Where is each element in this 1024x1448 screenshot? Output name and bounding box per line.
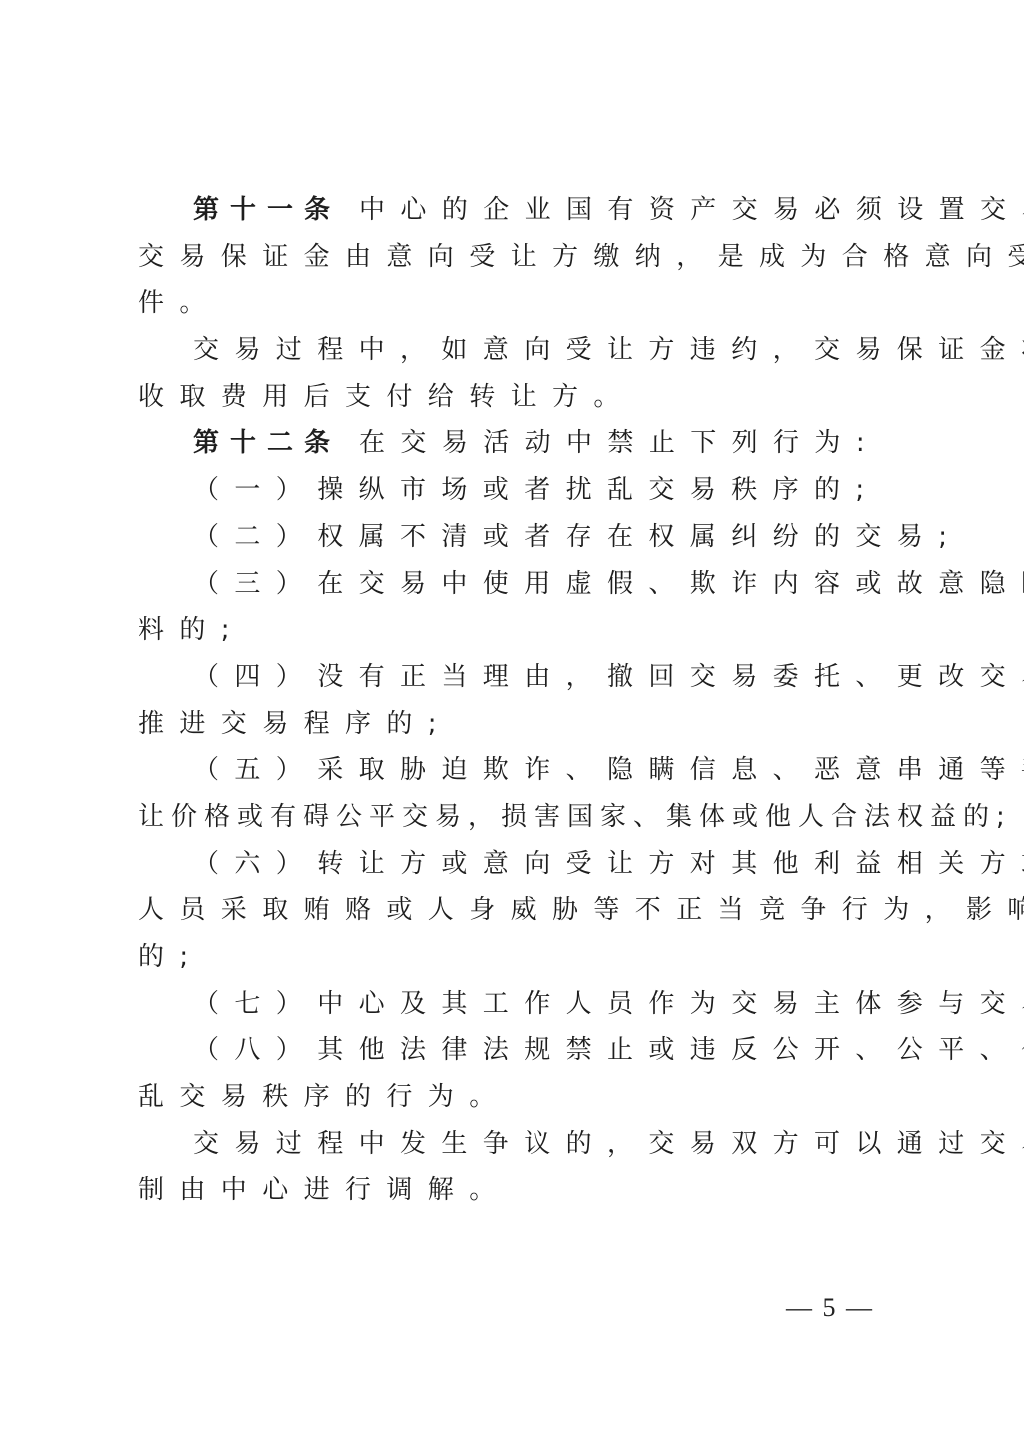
list-item-label: （三） bbox=[193, 569, 317, 599]
list-item-text: 权属不清或者存在权属纠纷的交易; bbox=[317, 522, 962, 552]
article-11-heading: 第十一条 bbox=[193, 195, 341, 225]
page-number: — 5 — bbox=[770, 1293, 890, 1323]
article-11-line-2: 交易保证金由意向受让方缴纳，是成为合格意向受让方的必要条 bbox=[138, 234, 898, 281]
list-item-4: （四）没有正当理由，撤回交易委托、更改交易条件或拒不 bbox=[138, 654, 898, 701]
list-item-6: （六）转让方或意向受让方对其他利益相关方或中心工作 bbox=[138, 841, 898, 888]
list-item-text: 操纵市场或者扰乱交易秩序的; bbox=[317, 475, 879, 505]
breach-paragraph-line-2: 收取费用后支付给转让方。 bbox=[138, 374, 898, 421]
list-item-label: （二） bbox=[193, 522, 317, 552]
list-item-label: （四） bbox=[193, 662, 317, 692]
article-12-intro: 在交易活动中禁止下列行为: bbox=[359, 428, 880, 458]
list-item-8-continued: 乱交易秩序的行为。 bbox=[138, 1074, 898, 1121]
list-item-2: （二）权属不清或者存在权属纠纷的交易; bbox=[138, 514, 898, 561]
article-11-line-1: 第十一条中心的企业国有资产交易必须设置交易保证金。 bbox=[138, 187, 898, 234]
list-item-3: （三）在交易中使用虚假、欺诈内容或故意隐瞒重要信息资 bbox=[138, 561, 898, 608]
list-item-4-continued: 推进交易程序的; bbox=[138, 701, 898, 748]
list-item-8: （八）其他法律法规禁止或违反公开、公平、公正原则和扰 bbox=[138, 1027, 898, 1074]
list-item-5-continued: 让价格或有碍公平交易，损害国家、集体或他人合法权益的; bbox=[138, 794, 898, 841]
list-item-5: （五）采取胁迫欺诈、隐瞒信息、恶意串通等手段，压低转 bbox=[138, 747, 898, 794]
list-item-label: （八） bbox=[193, 1035, 317, 1065]
list-item-label: （七） bbox=[193, 989, 317, 1019]
closing-paragraph-line-2: 制由中心进行调解。 bbox=[138, 1167, 898, 1214]
list-item-text: 转让方或意向受让方对其他利益相关方或中心工作 bbox=[317, 849, 1024, 879]
list-item-1: （一）操纵市场或者扰乱交易秩序的; bbox=[138, 467, 898, 514]
list-item-7: （七）中心及其工作人员作为交易主体参与交易活动的; bbox=[138, 981, 898, 1028]
list-item-text: 其他法律法规禁止或违反公开、公平、公正原则和扰 bbox=[317, 1035, 1024, 1065]
list-item-text: 中心及其工作人员作为交易主体参与交易活动的; bbox=[317, 989, 1024, 1019]
list-item-6-continued-2: 的; bbox=[138, 934, 898, 981]
list-item-label: （五） bbox=[193, 755, 317, 785]
list-item-text: 采取胁迫欺诈、隐瞒信息、恶意串通等手段，压低转 bbox=[317, 755, 1024, 785]
article-12-line-1: 第十二条在交易活动中禁止下列行为: bbox=[138, 420, 898, 467]
document-page: 第十一条中心的企业国有资产交易必须设置交易保证金。 交易保证金由意向受让方缴纳，… bbox=[0, 0, 1024, 1448]
article-11-text: 中心的企业国有资产交易必须设置交易保证金。 bbox=[359, 195, 1024, 225]
document-body: 第十一条中心的企业国有资产交易必须设置交易保证金。 交易保证金由意向受让方缴纳，… bbox=[138, 187, 898, 1214]
list-item-label: （一） bbox=[193, 475, 317, 505]
list-item-text: 没有正当理由，撤回交易委托、更改交易条件或拒不 bbox=[317, 662, 1024, 692]
article-12-heading: 第十二条 bbox=[193, 428, 341, 458]
list-item-3-continued: 料的; bbox=[138, 607, 898, 654]
closing-paragraph-line-1: 交易过程中发生争议的，交易双方可以通过交易争议调解机 bbox=[138, 1121, 898, 1168]
article-11-line-3: 件。 bbox=[138, 280, 898, 327]
breach-paragraph-line-1: 交易过程中，如意向受让方违约，交易保证金将扣除中心应 bbox=[138, 327, 898, 374]
list-item-text: 在交易中使用虚假、欺诈内容或故意隐瞒重要信息资 bbox=[317, 569, 1024, 599]
list-item-label: （六） bbox=[193, 849, 317, 879]
list-item-6-continued-1: 人员采取贿赂或人身威胁等不正当竞争行为，影响交易正常秩序 bbox=[138, 887, 898, 934]
